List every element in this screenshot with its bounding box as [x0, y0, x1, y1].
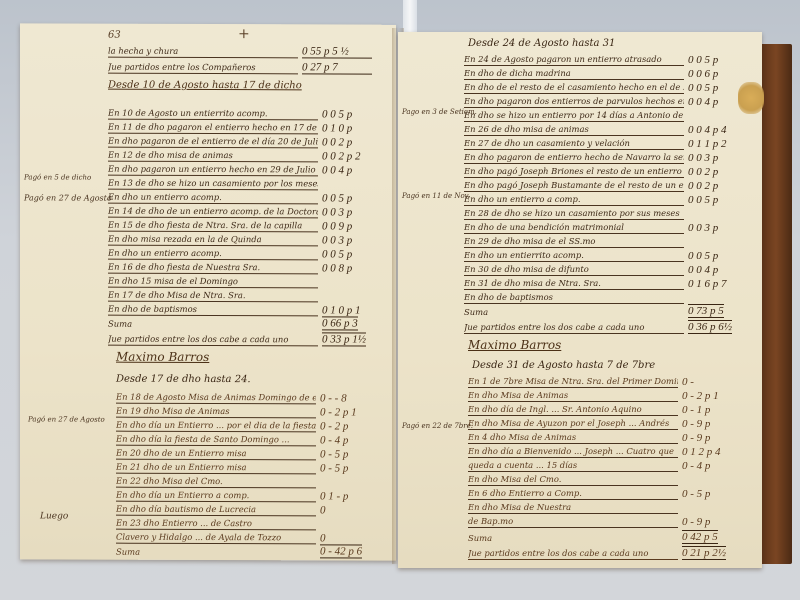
ledger-entries: En 10 de Agosto un entierrito acomp.0 0 … [20, 23, 396, 24]
ledger-row: En dho Misa del Cmo. [468, 472, 682, 486]
ledger-row: En dho un entierro acomp.0 0 5 p [108, 190, 352, 205]
ledger-row: En dho se hizo un entierro por 14 días a… [464, 108, 688, 122]
margin-note: Pagó en 5 de dicho [24, 173, 91, 181]
signature: Maximo Barros [468, 338, 561, 352]
margin-note: Pagó en 11 de Nov. [402, 192, 470, 200]
ledger-row: En dho de dicha madrina0 0 6 p [464, 66, 718, 80]
ledger-row: En 28 de dho se hizo un casamiento por s… [464, 206, 688, 220]
ledger-row: En dho un entierrito acomp.0 0 5 p [464, 248, 718, 262]
ledger-row: En 20 dho de un Entierro misa0 - 5 p [116, 446, 348, 461]
section-heading: Desde 17 de dho hasta 24. [116, 374, 251, 385]
ledger-row: En dho Misa de Nuestra [468, 500, 682, 514]
ledger-row: En dho de el resto de el casamiento hech… [464, 80, 718, 94]
archival-tape [403, 0, 417, 32]
ledger-row: En 21 dho de un Entierro misa0 - 5 p [116, 460, 348, 475]
sum-row: Suma0 66 p 3 [108, 316, 358, 331]
ledger-row: En 17 de dho Misa de Ntra. Sra. [108, 288, 322, 303]
cross-mark: + [238, 26, 250, 42]
ledger-row: En dho día bautismo de Lucrecia0 [116, 502, 326, 517]
ledger-row: En dho pagaron de entierro hecho de Nava… [464, 150, 718, 164]
ledger-row: En 23 dho Entierro ... de Castro [116, 516, 320, 531]
sum-row: Suma0 73 p 5 [464, 304, 724, 318]
split-row: Jue partidos entre los dos cabe a cada u… [464, 320, 732, 334]
ledger-row: En dho un entierro a comp.0 0 5 p [464, 192, 718, 206]
ledger-row: En 24 de Agosto pagaron un entierro atra… [464, 52, 718, 66]
book-spine [760, 44, 792, 564]
ledger-row: En 12 de dho misa de animas0 0 2 p 2 [108, 148, 361, 163]
ledger-row: En dho pagaron de el entierro de el día … [108, 134, 352, 149]
section-heading: Desde 10 de Agosto hasta 17 de dicho [108, 80, 302, 92]
ledger-row: En dho día de Ingl. ... Sr. Antonio Aqui… [468, 402, 710, 416]
section-heading: Desde 31 de Agosto hasta 7 de 7bre [472, 360, 655, 371]
ledger-row: En 1 de 7bre Misa de Ntra. Sra. del Prim… [468, 374, 694, 388]
ledger-row: En dho 15 misa de el Domingo [108, 274, 322, 289]
ledger-row: En 14 de dho de un entierro acomp. de la… [108, 204, 352, 219]
ledger-row: En dho de baptismos0 1 0 p 1 [108, 302, 361, 317]
carry-line: Jue partidos entre los Compañeros 0 27 p… [108, 60, 372, 75]
ledger-row: En dho día la fiesta de Santo Domingo ..… [116, 432, 348, 447]
ledger-row: En dho Misa de Ayuzon por el Joseph ... … [468, 416, 710, 430]
ledger-row: En dho Misa de Animas0 - 2 p 1 [468, 388, 719, 402]
margin-note: Luego [40, 511, 68, 521]
margin-note: Pagó en 27 de Agosto [24, 193, 112, 202]
ledger-row: En dho pagaron un entierro hecho en 29 d… [108, 162, 352, 177]
margin-note: Pagó en 27 de Agosto [28, 415, 105, 423]
ledger-row: En 27 de dho un casamiento y velación0 1… [464, 136, 727, 150]
ledger-row: En 29 de dho misa de el SS.mo [464, 234, 688, 248]
ledger-row: En 26 de dho misa de animas0 0 4 p 4 [464, 122, 727, 136]
signature: Maximo Barros [116, 350, 209, 364]
water-stain [738, 82, 764, 114]
ledger-row: En dho pagaron dos entierros de parvulos… [464, 94, 718, 108]
ledger-row: En dho misa rezada en la de Quinda0 0 3 … [108, 232, 352, 247]
ledger-row: En dho día un Entierro ... por el dia de… [116, 418, 348, 433]
ledger-row: En 31 de dho misa de Ntra. Sra.0 1 6 p 7 [464, 276, 727, 290]
ledger-row: En 18 de Agosto Misa de Animas Domingo d… [116, 390, 347, 405]
ledger-row: En 15 de dho fiesta de Ntra. Sra. de la … [108, 218, 352, 233]
split-row: Jue partidos entre los dos cabe a cada u… [108, 332, 366, 347]
ledger-row: En 4 dho Misa de Animas0 - 9 p [468, 430, 710, 444]
page-number: 63 [108, 30, 121, 41]
ledger-row: En dho de baptismos [464, 290, 688, 304]
ledger-row: En 11 de dho pagaron el entierro hecho e… [108, 120, 352, 135]
carry-line: la hecha y chura 0 55 p 5 ½ [108, 44, 372, 59]
sum-row: Suma0 42 p 5 [468, 530, 718, 544]
ledger-row: En 30 de dho misa de difunto0 0 4 p [464, 262, 718, 276]
right-page: Desde 24 de Agosto hasta 31 Pago en 3 de… [398, 32, 762, 568]
margin-note: Pagó en 22 de 7bre. [402, 422, 473, 430]
ledger-row: En dho día a Bienvenido ... Joseph ... C… [468, 444, 721, 458]
left-page: 63 + la hecha y chura 0 55 p 5 ½ Jue par… [20, 23, 396, 560]
ledger-row: En 10 de Agosto un entierrito acomp.0 0 … [108, 106, 352, 121]
ledger-row: En 19 dho Misa de Animas0 - 2 p 1 [116, 404, 357, 419]
ledger-row: En dho pagó Joseph Briones el resto de u… [464, 164, 718, 178]
section-heading: Desde 24 de Agosto hasta 31 [468, 38, 615, 49]
ledger-row: queda a cuenta ... 15 días0 - 4 p [468, 458, 710, 472]
ledger-row: En dho un entierro acomp.0 0 5 p [108, 246, 352, 261]
ledger-row: Clavero y Hidalgo ... de Ayala de Tozzo0 [116, 530, 326, 545]
ledger-row: En 6 dho Entierro a Comp.0 - 5 p [468, 486, 710, 500]
ledger-entries: En 18 de Agosto Misa de Animas Domingo d… [20, 23, 396, 24]
ledger-row: En dho de una bendición matrimonial0 0 3… [464, 220, 718, 234]
sum-row: Suma0 - 42 p 6 [116, 544, 362, 559]
ledger-row: En dho pagó Joseph Bustamante de el rest… [464, 178, 718, 192]
ledger-row: de Bap.mo0 - 9 p [468, 514, 710, 528]
ledger-row: En 22 dho Misa del Cmo. [116, 474, 320, 489]
ledger-row: En 16 de dho fiesta de Nuestra Sra.0 0 8… [108, 260, 352, 275]
ledger-row: En dho día un Entierro a comp.0 1 - p [116, 488, 348, 503]
split-row: Jue partidos entre los dos cabe a cada u… [468, 546, 726, 560]
ledger-row: En 13 de dho se hizo un casamiento por l… [108, 176, 322, 191]
